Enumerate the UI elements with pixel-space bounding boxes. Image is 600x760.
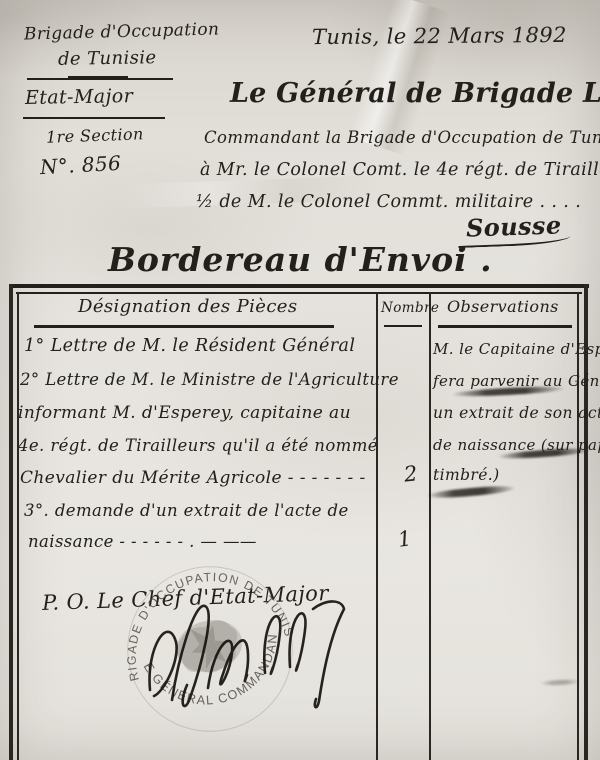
table-border-left-outer bbox=[9, 284, 13, 760]
designation-line-5: Chevalier du Mérite Agricole - - - - - -… bbox=[20, 468, 366, 488]
designation-line-6: 3°. demande d'un extrait de l'acte de bbox=[24, 501, 349, 520]
corner-divider-1b bbox=[68, 76, 128, 80]
table-border-top-outer bbox=[9, 284, 589, 288]
corner-unit-line2: de Tunisie bbox=[58, 47, 157, 70]
corner-number: N°. 856 bbox=[39, 151, 121, 179]
table-border-right-inner bbox=[577, 292, 579, 760]
page-title: Bordereau d'Envoi . bbox=[108, 240, 493, 279]
col-header-observations: Observations bbox=[447, 297, 559, 316]
designation-line-1: 1° Lettre de M. le Résident Général bbox=[24, 336, 355, 356]
sender-name: Le Général de Brigade Leclerc bbox=[230, 78, 600, 109]
designation-line-2: 2° Lettre de M. le Ministre de l'Agricul… bbox=[20, 370, 399, 389]
observation-line-5: timbré.) bbox=[433, 466, 500, 484]
document-page: Brigade d'Occupation de Tunisie Etat-Maj… bbox=[0, 0, 600, 760]
corner-divider-2 bbox=[23, 117, 165, 119]
corner-etat-major: Etat-Major bbox=[25, 85, 133, 109]
dateline: Tunis, le 22 Mars 1892 bbox=[312, 23, 567, 49]
col-header-nombre: Nombre bbox=[381, 300, 439, 316]
ink-smudge bbox=[540, 679, 580, 686]
corner-section: 1re Section bbox=[46, 124, 144, 146]
nombre-value-1: 2 bbox=[403, 461, 419, 486]
table-border-top-inner bbox=[16, 292, 582, 294]
ink-smudge bbox=[427, 484, 515, 500]
sender-role: Commandant la Brigade d'Occupation de Tu… bbox=[204, 128, 600, 147]
designation-line-7: naissance - - - - - - . — —— bbox=[28, 532, 257, 551]
addressee-line1: à Mr. le Colonel Comt. le 4e régt. de Ti… bbox=[200, 160, 600, 180]
col-header-designation: Désignation des Pièces bbox=[78, 296, 298, 317]
addressee-line2: ½ de M. le Colonel Commt. militaire . . … bbox=[196, 192, 581, 212]
observation-line-1: M. le Capitaine d'Esperey bbox=[433, 340, 600, 358]
designation-line-4: 4e. régt. de Tirailleurs qu'il a été nom… bbox=[18, 436, 378, 455]
nombre-value-2: 1 bbox=[396, 526, 413, 552]
table-border-left-inner bbox=[17, 292, 19, 760]
corner-unit-line1: Brigade d'Occupation bbox=[24, 19, 220, 44]
observation-line-3: un extrait de son acte bbox=[433, 404, 600, 422]
designation-line-3: informant M. d'Esperey, capitaine au bbox=[18, 403, 351, 423]
signature bbox=[120, 572, 380, 717]
table-col-divider-2 bbox=[429, 292, 431, 760]
header-underline-nombre bbox=[384, 325, 422, 327]
header-underline-observations bbox=[438, 325, 572, 328]
header-underline-designation bbox=[34, 325, 334, 328]
